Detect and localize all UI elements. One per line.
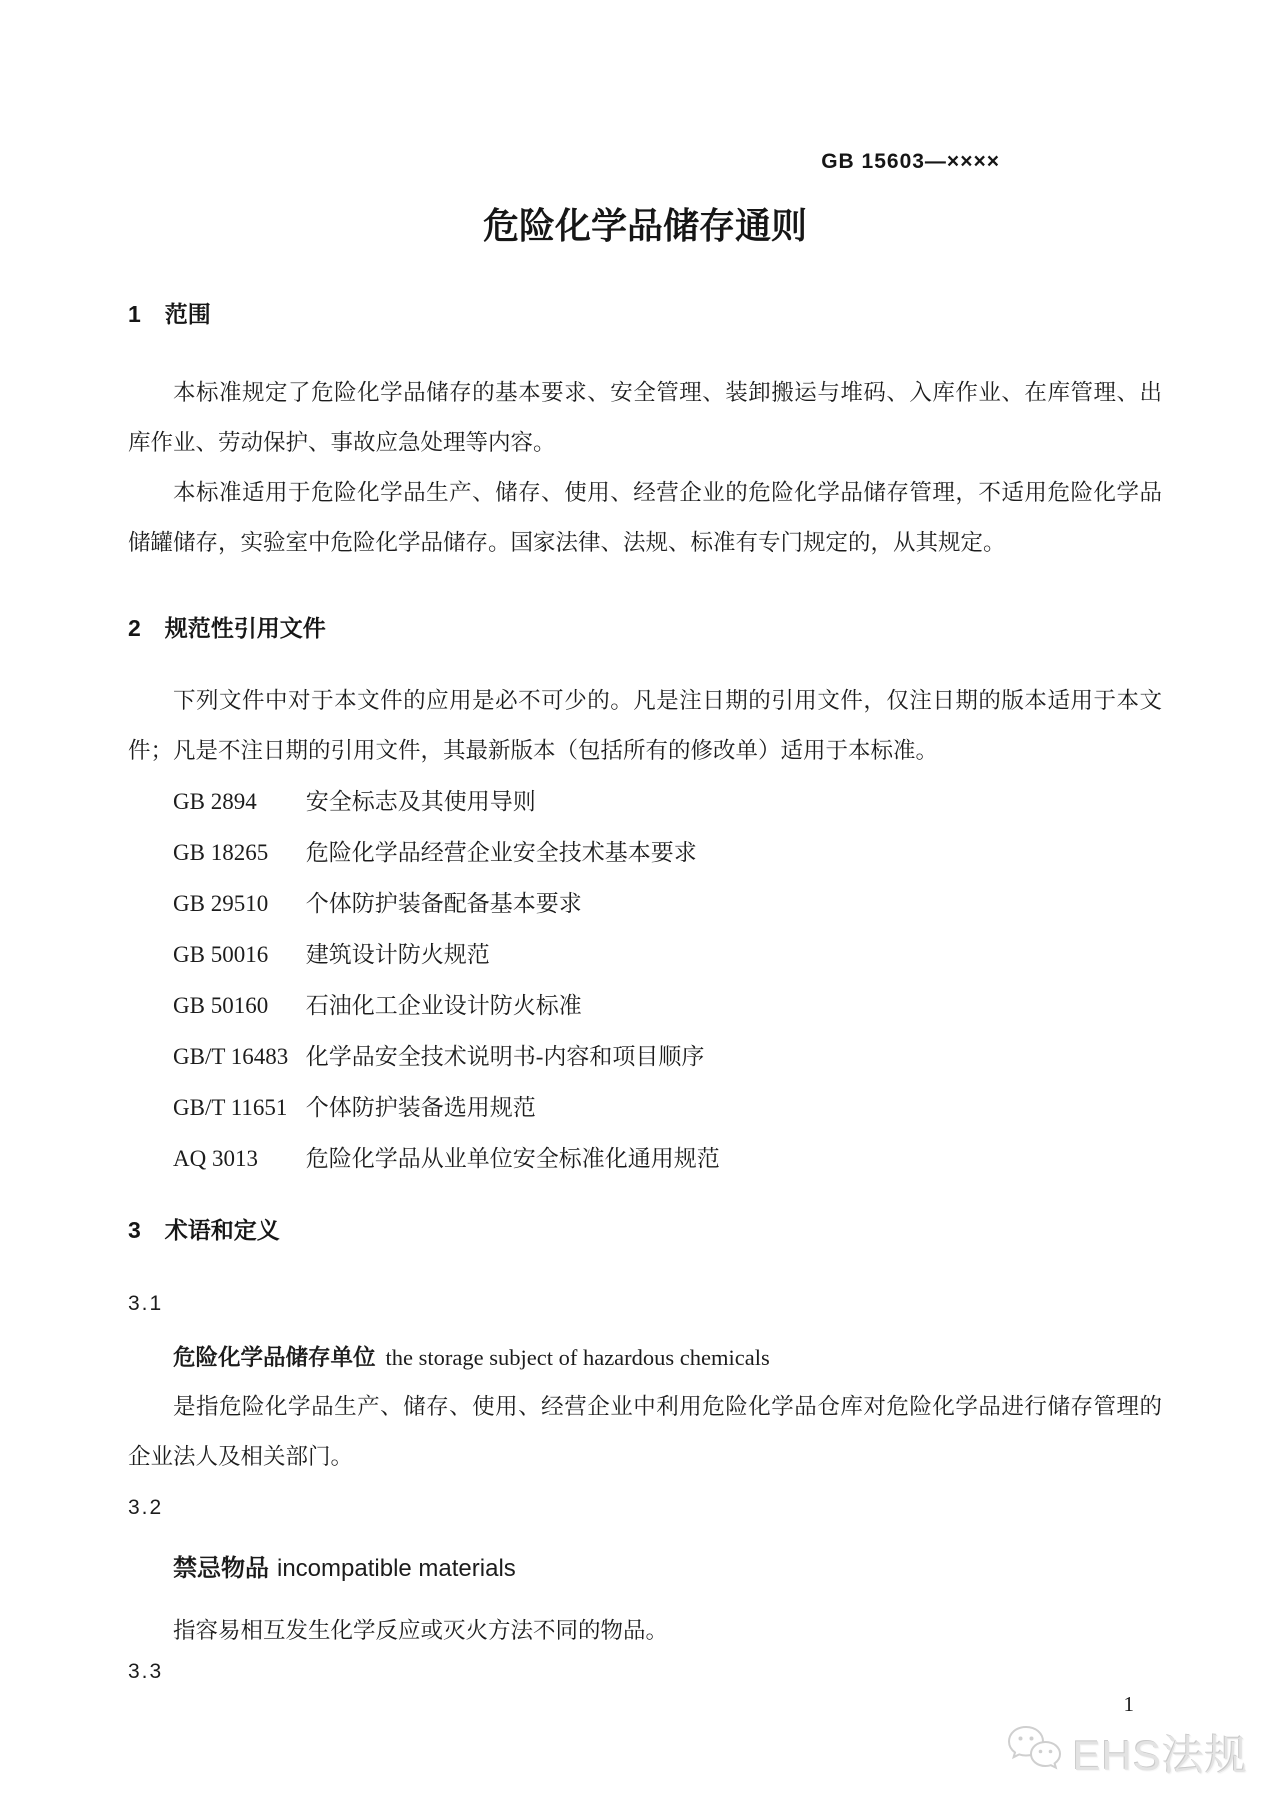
reference-title: 石油化工企业设计防火标准 [306,980,582,1031]
document-page: GB 15603—×××× 危险化学品储存通则 1范围 本标准规定了危险化学品储… [0,0,1280,1810]
reference-row: GB 50016 建筑设计防火规范 [128,929,1162,980]
watermark: EHS法规 [1005,1722,1248,1783]
section-2-number: 2 [128,615,141,642]
reference-code: AQ 3013 [173,1133,300,1184]
section-2-intro: 下列文件中对于本文件的应用是必不可少的。凡是注日期的引用文件，仅注日期的版本适用… [128,676,1162,776]
term-3-2-chinese: 禁忌物品 [173,1555,269,1582]
doc-code: GB 15603—×××× [128,150,1162,174]
reference-title: 化学品安全技术说明书-内容和项目顺序 [306,1031,705,1082]
section-2-heading: 2规范性引用文件 [128,610,1162,643]
term-3-1-chinese: 危险化学品储存单位 [173,1345,376,1370]
section-3-number: 3 [128,1217,141,1244]
term-3-1-english: the storage subject of hazardous chemica… [386,1345,770,1370]
reference-title: 危险化学品从业单位安全标准化通用规范 [306,1133,720,1184]
watermark-text: EHS法规 [1073,1723,1248,1783]
wechat-icon [1005,1722,1063,1783]
section-3-title: 术语和定义 [165,1217,280,1243]
section-3-heading: 3术语和定义 [128,1212,1162,1245]
reference-code: GB 2894 [173,776,300,827]
reference-row: GB 29510 个体防护装备配备基本要求 [128,878,1162,929]
reference-title: 危险化学品经营企业安全技术基本要求 [306,827,697,878]
term-3-2-english: incompatible materials [277,1555,516,1582]
page-title: 危险化学品储存通则 [128,198,1162,249]
term-3-1-label: 3.1 [128,1292,1162,1316]
reference-code: GB 18265 [173,827,300,878]
reference-row: AQ 3013 危险化学品从业单位安全标准化通用规范 [128,1133,1162,1184]
term-3-2-label: 3.2 [128,1496,1162,1520]
section-2-title: 规范性引用文件 [165,615,326,641]
reference-code: GB/T 11651 [173,1082,300,1133]
reference-code: GB 50016 [173,929,300,980]
reference-row: GB 18265 危险化学品经营企业安全技术基本要求 [128,827,1162,878]
section-1-paragraph-2: 本标准适用于危险化学品生产、储存、使用、经营企业的危险化学品储存管理，不适用危险… [128,468,1162,568]
reference-row: GB/T 11651 个体防护装备选用规范 [128,1082,1162,1133]
term-3-1-definition: 是指危险化学品生产、储存、使用、经营企业中利用危险化学品仓库对危险化学品进行储存… [128,1382,1162,1482]
reference-title: 个体防护装备选用规范 [306,1082,536,1133]
reference-code: GB/T 16483 [173,1031,300,1082]
reference-row: GB 50160 石油化工企业设计防火标准 [128,980,1162,1031]
term-3-2: 禁忌物品incompatible materials [128,1548,1162,1583]
section-1-heading: 1范围 [128,296,1162,329]
reference-title: 个体防护装备配备基本要求 [306,878,582,929]
section-1-number: 1 [128,301,141,328]
reference-title: 安全标志及其使用导则 [306,776,536,827]
reference-row: GB 2894 安全标志及其使用导则 [128,776,1162,827]
reference-list: GB 2894 安全标志及其使用导则 GB 18265 危险化学品经营企业安全技… [128,776,1162,1184]
term-3-2-definition: 指容易相互发生化学反应或灭火方法不同的物品。 [128,1606,1162,1656]
reference-row: GB/T 16483 化学品安全技术说明书-内容和项目顺序 [128,1031,1162,1082]
reference-code: GB 29510 [173,878,300,929]
page-number: 1 [128,1692,1162,1717]
section-1-paragraph-1: 本标准规定了危险化学品储存的基本要求、安全管理、装卸搬运与堆码、入库作业、在库管… [128,368,1162,468]
reference-title: 建筑设计防火规范 [306,929,490,980]
term-3-1: 危险化学品储存单位the storage subject of hazardou… [128,1340,1162,1372]
section-1-title: 范围 [165,301,211,327]
term-3-3-label: 3.3 [128,1660,1162,1684]
reference-code: GB 50160 [173,980,300,1031]
